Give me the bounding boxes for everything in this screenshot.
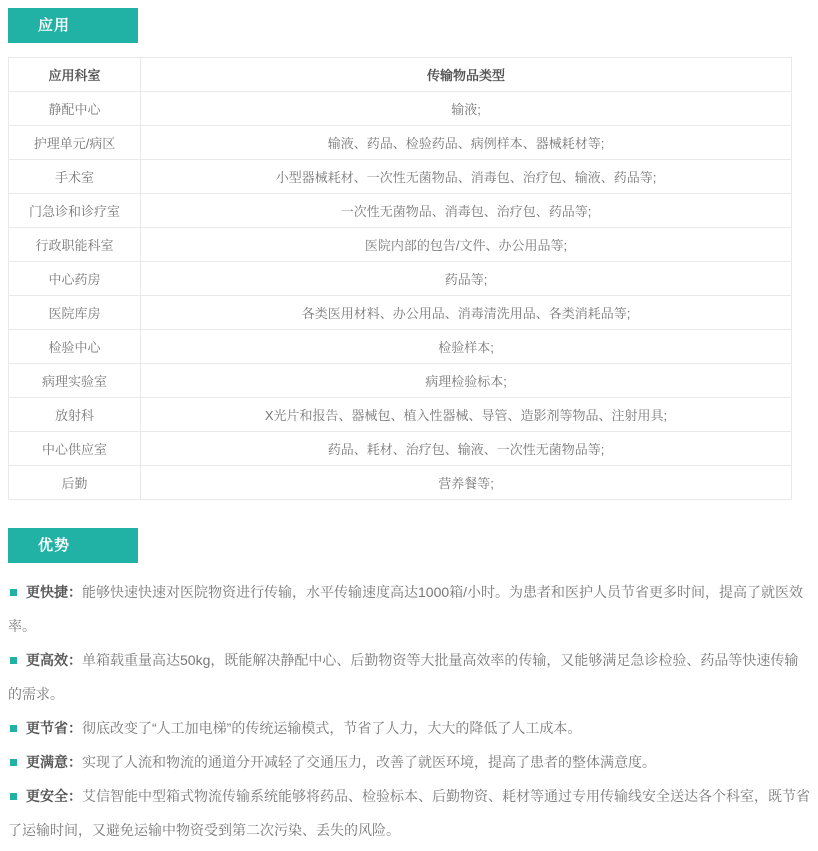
bullet-square-icon bbox=[10, 793, 17, 800]
items-cell: 小型器械耗材、一次性无菌物品、消毒包、治疗包、输液、药品等; bbox=[141, 160, 792, 194]
application-table-body: 静配中心输液;护理单元/病区输液、药品、检验药品、病例样本、器械耗材等;手术室小… bbox=[9, 92, 792, 500]
advantage-label: 更满意： bbox=[26, 754, 82, 770]
section-heading-advantages: 优势 bbox=[8, 528, 138, 563]
department-cell: 医院库房 bbox=[9, 296, 141, 330]
bullet-square-icon bbox=[10, 725, 17, 732]
column-header-items: 传输物品类型 bbox=[141, 58, 792, 92]
items-cell: 各类医用材料、办公用品、消毒清洗用品、各类消耗品等; bbox=[141, 296, 792, 330]
table-row: 后勤营养餐等; bbox=[9, 466, 792, 500]
advantage-text: 彻底改变了“人工加电梯”的传统运输模式，节省了人力，大大的降低了人工成本。 bbox=[82, 720, 581, 736]
department-cell: 病理实验室 bbox=[9, 364, 141, 398]
advantage-text: 能够快速快速对医院物资进行传输，水平传输速度高达1000箱/小时。为患者和医护人… bbox=[8, 584, 803, 634]
items-cell: 药品、耗材、治疗包、输液、一次性无菌物品等; bbox=[141, 432, 792, 466]
advantage-label: 更快捷： bbox=[26, 584, 82, 600]
department-cell: 检验中心 bbox=[9, 330, 141, 364]
advantage-text: 实现了人流和物流的通道分开减轻了交通压力，改善了就医环境，提高了患者的整体满意度… bbox=[82, 754, 656, 770]
table-row: 放射科X光片和报告、器械包、植入性器械、导管、造影剂等物品、注射用具; bbox=[9, 398, 792, 432]
table-row: 医院库房各类医用材料、办公用品、消毒清洗用品、各类消耗品等; bbox=[9, 296, 792, 330]
advantage-item: 更节省：彻底改变了“人工加电梯”的传统运输模式，节省了人力，大大的降低了人工成本… bbox=[8, 711, 810, 745]
items-cell: 医院内部的包告/文件、办公用品等; bbox=[141, 228, 792, 262]
bullet-square-icon bbox=[10, 589, 17, 596]
items-cell: 一次性无菌物品、消毒包、治疗包、药品等; bbox=[141, 194, 792, 228]
table-row: 护理单元/病区输液、药品、检验药品、病例样本、器械耗材等; bbox=[9, 126, 792, 160]
advantage-text: 单箱载重量高达50kg，既能解决静配中心、后勤物资等大批量高效率的传输，又能够满… bbox=[8, 652, 798, 702]
items-cell: 检验样本; bbox=[141, 330, 792, 364]
advantage-text: 艾信智能中型箱式物流传输系统能够将药品、检验标本、后勤物资、耗材等通过专用传输线… bbox=[8, 788, 810, 838]
table-row: 检验中心检验样本; bbox=[9, 330, 792, 364]
table-row: 门急诊和诊疗室一次性无菌物品、消毒包、治疗包、药品等; bbox=[9, 194, 792, 228]
table-row: 静配中心输液; bbox=[9, 92, 792, 126]
advantage-item: 更快捷：能够快速快速对医院物资进行传输，水平传输速度高达1000箱/小时。为患者… bbox=[8, 575, 810, 643]
table-header-row: 应用科室 传输物品类型 bbox=[9, 58, 792, 92]
department-cell: 中心药房 bbox=[9, 262, 141, 296]
department-cell: 行政职能科室 bbox=[9, 228, 141, 262]
items-cell: 输液、药品、检验药品、病例样本、器械耗材等; bbox=[141, 126, 792, 160]
advantage-label: 更高效： bbox=[26, 652, 82, 668]
items-cell: 营养餐等; bbox=[141, 466, 792, 500]
department-cell: 后勤 bbox=[9, 466, 141, 500]
items-cell: X光片和报告、器械包、植入性器械、导管、造影剂等物品、注射用具; bbox=[141, 398, 792, 432]
department-cell: 中心供应室 bbox=[9, 432, 141, 466]
items-cell: 输液; bbox=[141, 92, 792, 126]
advantage-label: 更安全： bbox=[26, 788, 82, 804]
department-cell: 静配中心 bbox=[9, 92, 141, 126]
table-row: 中心药房药品等; bbox=[9, 262, 792, 296]
table-row: 手术室小型器械耗材、一次性无菌物品、消毒包、治疗包、输液、药品等; bbox=[9, 160, 792, 194]
items-cell: 病理检验标本; bbox=[141, 364, 792, 398]
bullet-square-icon bbox=[10, 657, 17, 664]
department-cell: 门急诊和诊疗室 bbox=[9, 194, 141, 228]
table-row: 病理实验室病理检验标本; bbox=[9, 364, 792, 398]
items-cell: 药品等; bbox=[141, 262, 792, 296]
advantage-item: 更满意：实现了人流和物流的通道分开减轻了交通压力，改善了就医环境，提高了患者的整… bbox=[8, 745, 810, 779]
advantage-item: 更安全：艾信智能中型箱式物流传输系统能够将药品、检验标本、后勤物资、耗材等通过专… bbox=[8, 779, 810, 847]
advantages-list: 更快捷：能够快速快速对医院物资进行传输，水平传输速度高达1000箱/小时。为患者… bbox=[8, 575, 810, 847]
department-cell: 放射科 bbox=[9, 398, 141, 432]
page: 应用 应用科室 传输物品类型 静配中心输液;护理单元/病区输液、药品、检验药品、… bbox=[0, 0, 818, 851]
column-header-department: 应用科室 bbox=[9, 58, 141, 92]
department-cell: 护理单元/病区 bbox=[9, 126, 141, 160]
table-row: 行政职能科室医院内部的包告/文件、办公用品等; bbox=[9, 228, 792, 262]
table-row: 中心供应室药品、耗材、治疗包、输液、一次性无菌物品等; bbox=[9, 432, 792, 466]
department-cell: 手术室 bbox=[9, 160, 141, 194]
bullet-square-icon bbox=[10, 759, 17, 766]
advantage-item: 更高效：单箱载重量高达50kg，既能解决静配中心、后勤物资等大批量高效率的传输，… bbox=[8, 643, 810, 711]
section-heading-application: 应用 bbox=[8, 8, 138, 43]
advantage-label: 更节省： bbox=[26, 720, 82, 736]
application-table: 应用科室 传输物品类型 静配中心输液;护理单元/病区输液、药品、检验药品、病例样… bbox=[8, 57, 792, 500]
